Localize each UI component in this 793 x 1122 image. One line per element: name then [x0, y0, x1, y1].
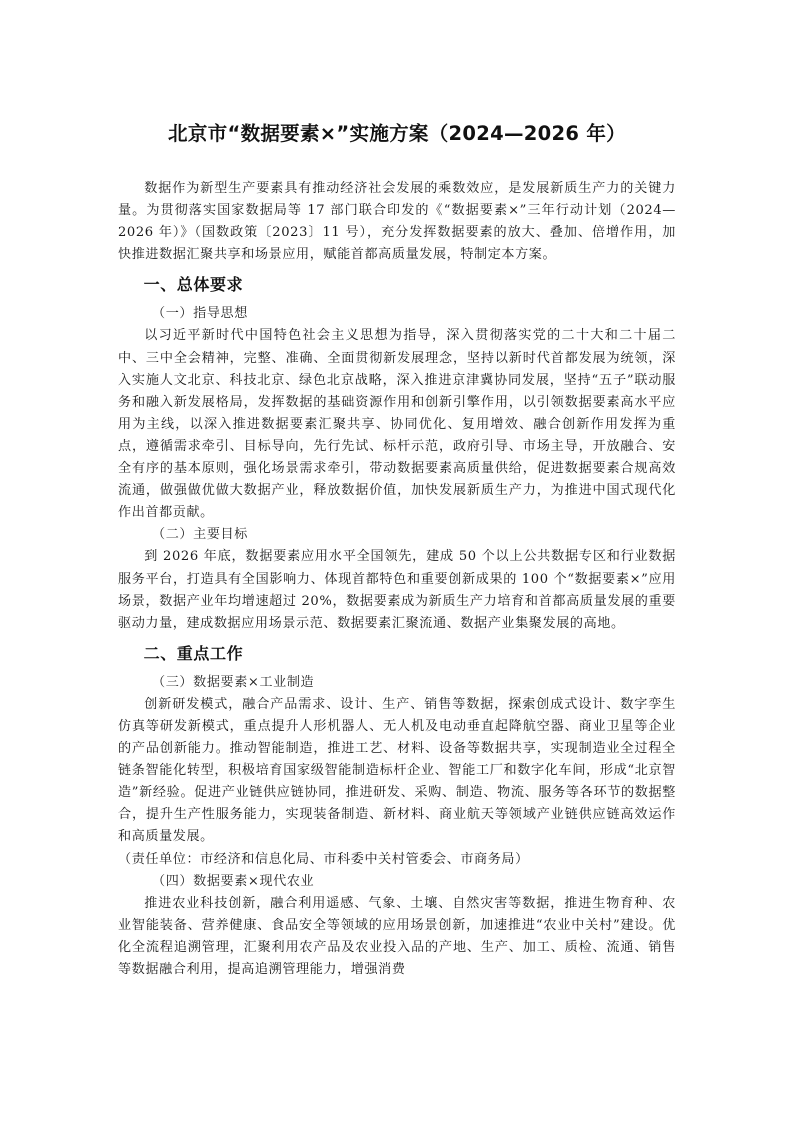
paragraph-industrial-manufacturing: 创新研发模式，融合产品需求、设计、生产、销售等数据，探索创成式设计、数字孪生仿真…: [118, 694, 676, 849]
section-heading-key-work: 二、重点工作: [118, 635, 676, 672]
responsible-units-industrial: （责任单位：市经济和信息化局、市科委中关村管委会、市商务局）: [118, 849, 676, 871]
paragraph-guiding-ideology: 以习近平新时代中国特色社会主义思想为指导，深入贯彻落实党的二十大和二十届二中、三…: [118, 325, 676, 524]
paragraph-modern-agriculture: 推进农业科技创新，融合利用遥感、气象、土壤、自然灾害等数据，推进生物育种、农业智…: [118, 893, 676, 981]
document-body: 数据作为新型生产要素具有推动经济社会发展的乘数效应，是发展新质生产力的关键力量。…: [118, 178, 676, 981]
section-heading-general-requirements: 一、总体要求: [118, 266, 676, 303]
subsection-heading-main-goals: （二）主要目标: [118, 524, 676, 546]
document-title: 北京市“数据要素×”实施方案（2024—2026 年）: [118, 118, 676, 146]
paragraph-main-goals: 到 2026 年底，数据要素应用水平全国领先，建成 50 个以上公共数据专区和行…: [118, 546, 676, 634]
subsection-heading-industrial-manufacturing: （三）数据要素×工业制造: [118, 672, 676, 694]
subsection-heading-guiding-ideology: （一）指导思想: [118, 303, 676, 325]
intro-paragraph: 数据作为新型生产要素具有推动经济社会发展的乘数效应，是发展新质生产力的关键力量。…: [118, 178, 676, 266]
subsection-heading-modern-agriculture: （四）数据要素×现代农业: [118, 871, 676, 893]
